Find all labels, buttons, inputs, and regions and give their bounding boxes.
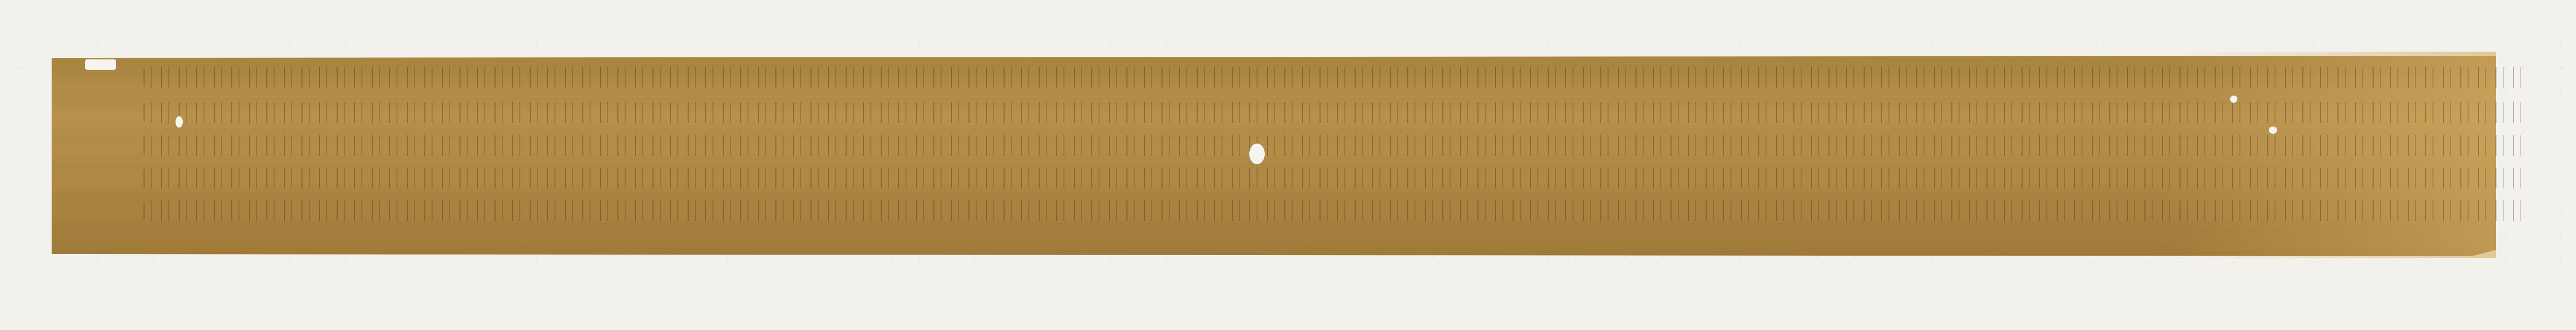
worm-hole [176, 116, 183, 128]
string-hole [1249, 144, 1265, 164]
damage-hole [85, 59, 116, 70]
text-line-4 [139, 168, 2530, 188]
worm-hole [2230, 96, 2237, 103]
text-line-1 [139, 67, 2530, 88]
text-line-3 [139, 135, 2530, 156]
text-line-5 [139, 200, 2530, 221]
text-line-2 [139, 102, 2530, 123]
worm-hole [2269, 127, 2277, 134]
